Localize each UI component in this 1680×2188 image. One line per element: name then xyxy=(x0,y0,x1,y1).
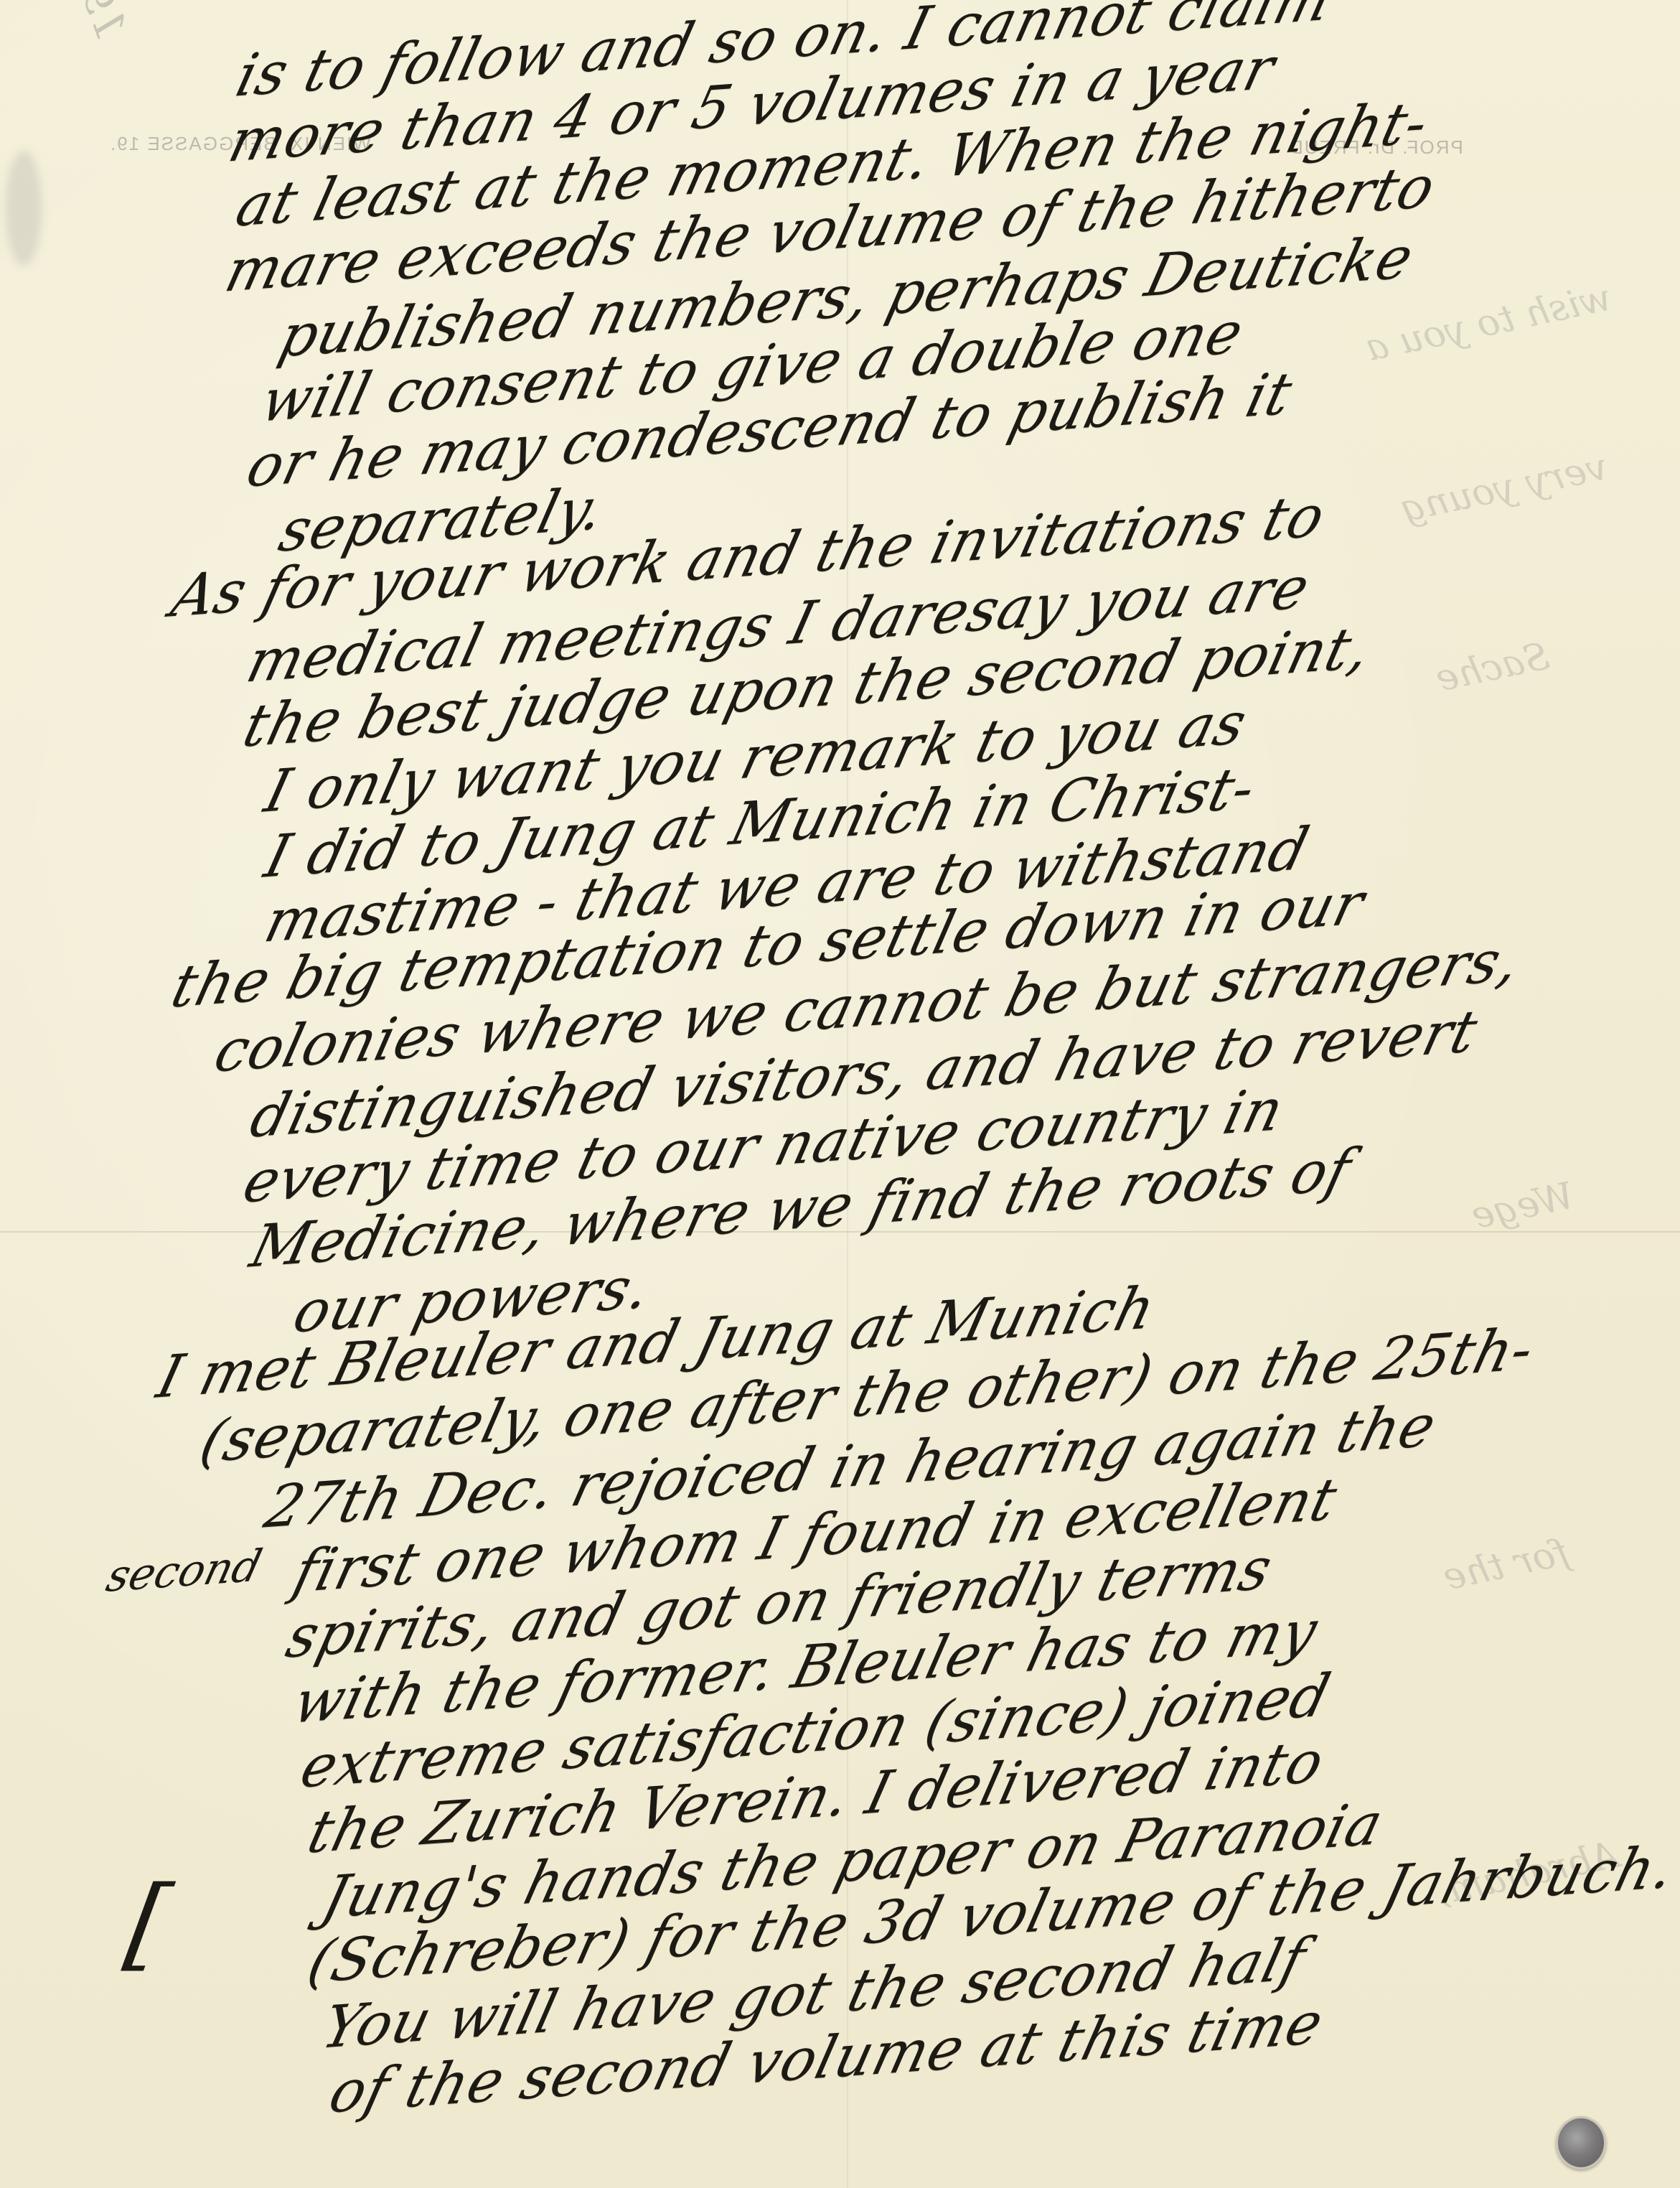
letter-body: is to follow and so on. I cannot claimmo… xyxy=(0,0,1680,2188)
metal-rivet xyxy=(1556,2116,1606,2169)
